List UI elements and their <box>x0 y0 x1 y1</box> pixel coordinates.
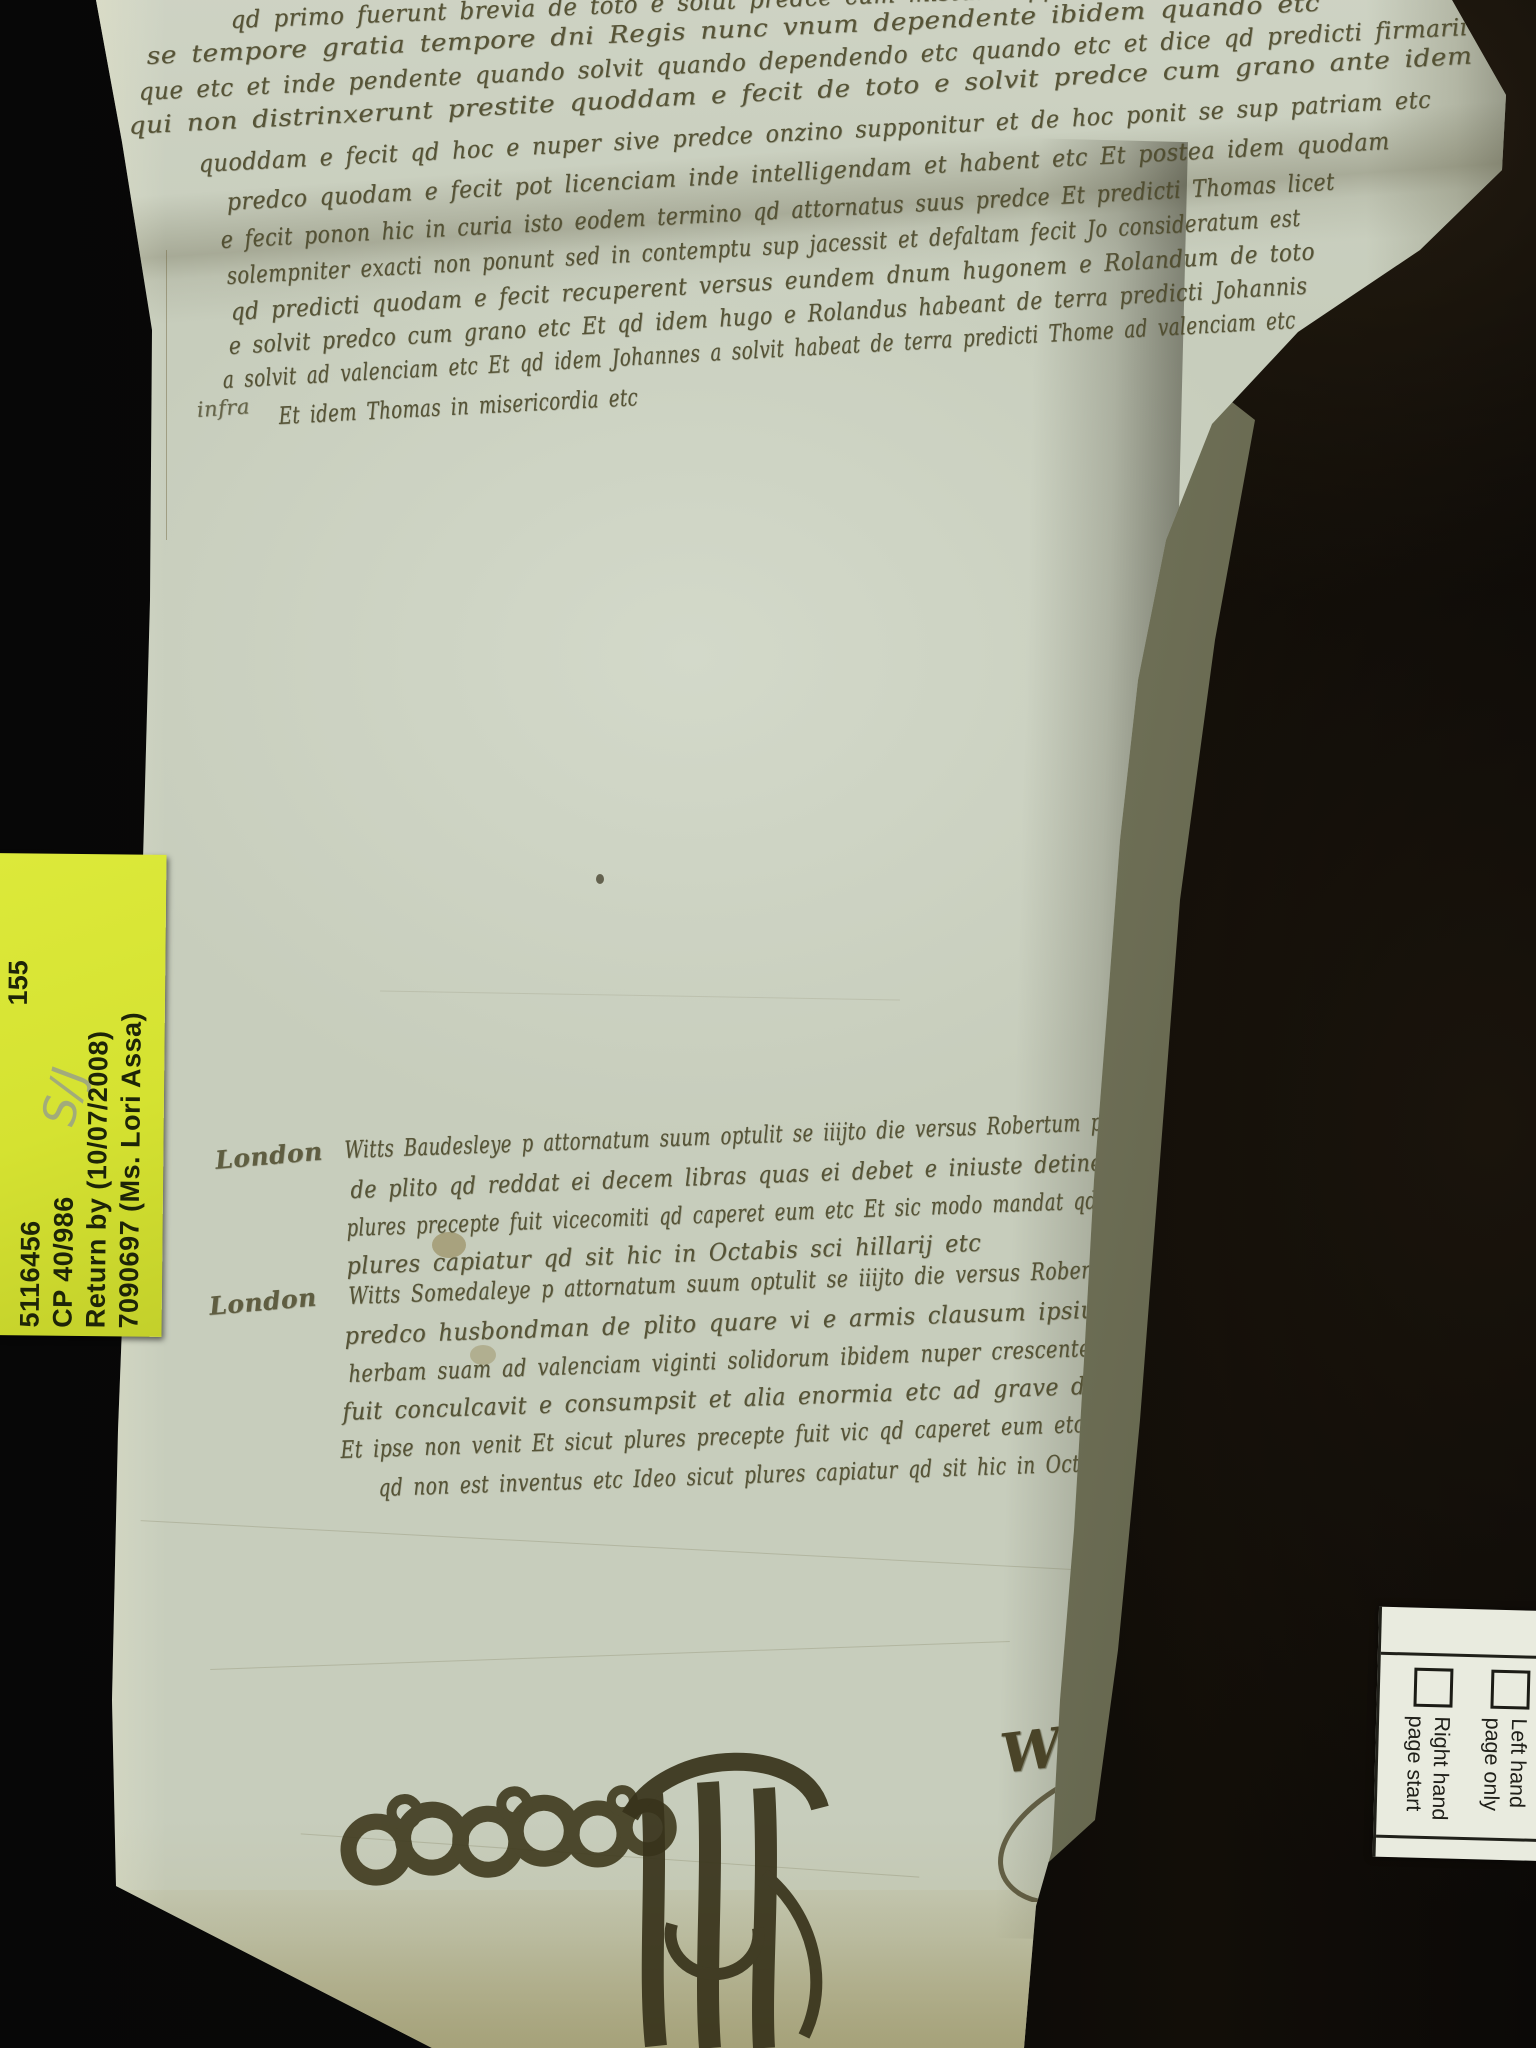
manuscript-text-layer: qd primo fuerunt brevia de toto e solut … <box>0 0 1536 2048</box>
catalogue-reference: CP 40/986 <box>47 858 85 1328</box>
option-label-line2: page start <box>1400 1715 1428 1820</box>
bottom-edge-text-fragment: smb <box>297 2027 337 2048</box>
option-label-line1: Left hand <box>1503 1718 1531 1812</box>
order-reference: 7090697 (Ms. Lori Assa) <box>113 858 151 1328</box>
page-marker-form: Left hand page only Right hand page star… <box>1376 1652 1536 1842</box>
page-marker-label: Left hand page only Right hand page star… <box>1373 1607 1536 1861</box>
manuscript-margin-note: infra <box>196 394 251 422</box>
manuscript-line: Et idem Thomas in misericordia etc <box>278 383 639 430</box>
manuscript-photo: qd primo fuerunt brevia de toto e solut … <box>0 0 1536 2048</box>
checkbox-left-hand-page-only[interactable] <box>1490 1670 1530 1710</box>
item-number: 5116456 <box>14 857 52 1327</box>
pen-flourish-monogram-icon <box>612 1752 852 2048</box>
return-by-date: Return by (10/07/2008) <box>80 858 118 1328</box>
option-right-hand-page-start: Right hand page start <box>1400 1667 1455 1836</box>
manuscript-margin-note: London <box>214 1137 324 1175</box>
checkbox-right-hand-page-start[interactable] <box>1413 1668 1453 1708</box>
parchment-page: qd primo fuerunt brevia de toto e solut … <box>0 0 1536 2048</box>
option-label-line1: Right hand <box>1426 1716 1454 1821</box>
manuscript-margin-note: London <box>208 1283 318 1321</box>
yellow-sticky-note: 155 S/J 5116456 CP 40/986 Return by (10/… <box>0 853 167 1337</box>
option-label-line2: page only <box>1478 1717 1506 1811</box>
manuscript-line: Witts Baudesleye p attornatum suum optul… <box>344 1089 1536 1164</box>
option-label: Right hand page start <box>1400 1715 1454 1820</box>
option-label: Left hand page only <box>1478 1717 1531 1812</box>
sticky-printed-text: 5116456 CP 40/986 Return by (10/07/2008)… <box>14 857 151 1328</box>
option-left-hand-page-only: Left hand page only <box>1477 1669 1532 1838</box>
